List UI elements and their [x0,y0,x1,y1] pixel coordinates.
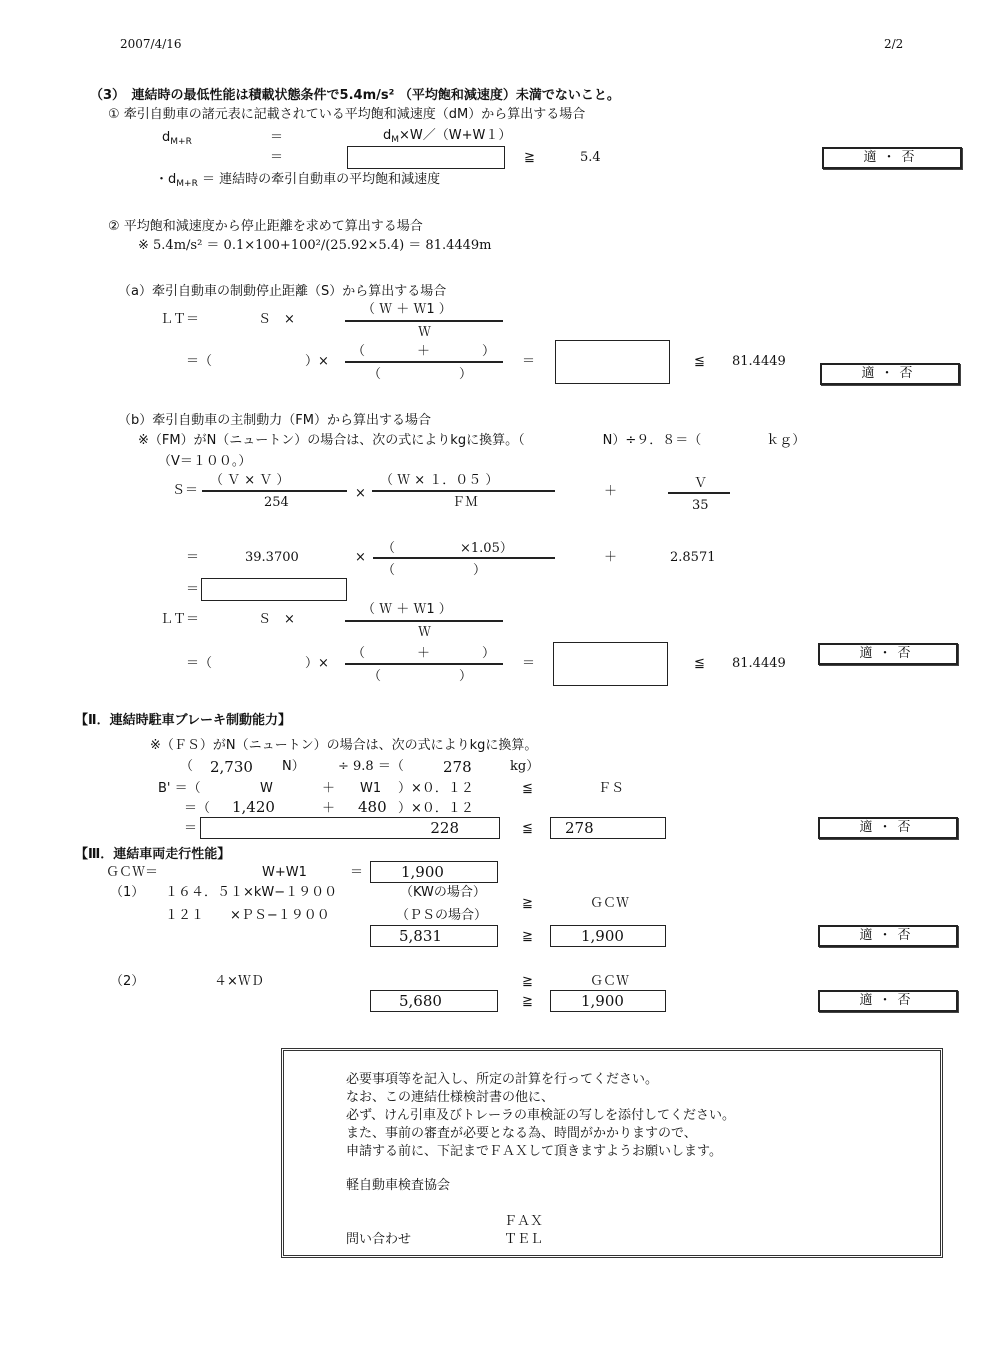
equals-sign: ＝ [270,151,283,164]
constant-value: 39.3700 [245,551,299,564]
w1-value: 480 [358,800,387,815]
row2-open: ＝（ [184,802,210,815]
notice-line: また、事前の審査が必要となる為、時間がかかりますので、 [346,1127,697,1140]
plus-sign: ＋ [604,485,617,498]
fraction-numerator: （ ＋ ） [352,647,495,660]
fraction-numerator: Ｖ [694,477,707,490]
case2-note: ※ 5.4m/s² ＝ 0.1×100+100²/(25.92×5.4) ＝ 8… [138,239,492,252]
fraction-bar [668,492,730,494]
le-sign: ≦ [522,782,533,795]
wd-formula: ４×ＷＤ [214,975,264,988]
equals-sign: ＝ [350,866,363,879]
case-b-note: ※（FM）がN（ニュートン）の場合は、次の式によりkgに換算。（ N）÷９．８＝… [138,434,805,447]
fax-label: ＦＡＸ [504,1215,543,1228]
gcw-label: ＧＣＷ＝ [106,866,158,879]
fraction-numerator: （ Ｗ ＋ Ｗ1 ） [362,303,452,316]
gcw-label: ＧＣＷ [590,975,629,988]
equals-sign: ＝ [522,355,535,368]
plus-sign: ＋ [604,551,617,564]
fraction-denominator: 254 [264,496,289,509]
fraction-numerator: （ Ｖ × Ｖ ） [210,474,289,487]
fraction-denominator: （ ） [368,368,472,381]
s-eq: Ｓ＝ [172,484,198,497]
conv-divide: ÷ 9.8 ＝（ [338,760,404,773]
ps-formula: １２１ ×ＰＳ−１９００ [165,909,330,922]
fraction-bar [345,361,503,363]
fraction-denominator: Ｗ [418,326,431,339]
equals-sign: ＝ [522,657,535,670]
case1-title: ① 牽引自動車の諸元表に記載されている平均飽和減速度（dM）から算出する場合 [108,108,585,121]
s-result-field[interactable] [201,578,347,601]
times-sign: × [355,487,366,500]
le-sign: ≦ [522,822,533,835]
dm-formula: dM×W／（W+W１） [383,129,511,145]
fraction-denominator: ＦＭ [452,496,478,509]
b-prime-result-field[interactable]: 228 [200,817,500,839]
eq-close: ）× [305,355,329,368]
threshold-value: 5.4 [580,151,601,164]
fraction-denominator: 35 [692,499,709,512]
fraction-denominator: Ｗ [418,626,431,639]
le-sign: ≦ [694,657,705,670]
eq-close: ）× [305,657,329,670]
equals-sign: ＝ [270,131,283,144]
w1-label: W1 [360,782,381,795]
conv-open: （ [180,760,193,773]
fs-result-field[interactable]: 278 [550,817,666,839]
fraction-numerator: （ ＋ ） [352,345,495,358]
coefficient: ）×０．１２ [398,782,474,795]
c2-value-field[interactable]: 5,680 [370,990,498,1012]
notice-line: 申請する前に、下記までＦＡＸして頂きますようお願いします。 [346,1145,722,1158]
fraction-bar [202,490,347,492]
case2-label: （2） [110,975,144,988]
threshold-value: 81.4449 [732,355,786,368]
kw-note: （KWの場合） [400,886,486,899]
equals-sign: ＝ [186,551,199,564]
case1-label: （1） [110,886,144,899]
fs-newton-value: 2,730 [210,760,253,775]
eq-open: ＝（ [186,657,212,670]
gcw-label: ＧＣＷ [590,897,629,910]
judge-pass-fail-5[interactable]: 適・否 [818,925,958,947]
fraction-denominator: （ ） [382,564,486,577]
notice-line: 必要事項等を記入し、所定の計算を行ってください。 [346,1073,658,1086]
fraction-bar [345,663,503,665]
fraction-bar [373,557,555,559]
lt-result-field-a[interactable] [555,340,670,384]
case-a-title: （a）牽引自動車の制動停止距離（S）から算出する場合 [118,285,446,298]
c2-gcw-field[interactable]: 1,900 [550,990,666,1012]
ge-sign: ≧ [524,151,535,164]
fraction-bar [372,490,555,492]
times-sign: × [355,551,366,564]
case-b-title: （b）牽引自動車の主制動力（FM）から算出する場合 [118,414,431,427]
notice-line: なお、この連結仕様検討書の他に、 [346,1091,554,1104]
s-times: Ｓ × [258,313,295,326]
kg-unit: kg） [510,760,539,773]
lt-label: ＬＴ＝ [160,613,199,626]
fraction-denominator: （ ） [368,670,472,683]
judge-pass-fail-3[interactable]: 適・否 [818,643,958,665]
dmr-result-field[interactable] [347,146,505,169]
s-times: Ｓ × [258,613,295,626]
eq-open: ＝（ [186,355,212,368]
lt-result-field-b[interactable] [553,642,668,686]
notice-box: 必要事項等を記入し、所定の計算を行ってください。 なお、この連結仕様検討書の他に… [281,1048,943,1258]
case2-title: ② 平均飽和減速度から停止距離を求めて算出する場合 [108,220,423,233]
le-sign: ≦ [694,355,705,368]
section3-title: （3） 連結時の最低性能は積載状態条件で5.4m/s² （平均飽和減速度）未満で… [90,89,620,102]
gcw-value-field[interactable]: 1,900 [370,861,498,883]
fraction-numerator: （ Ｗ ＋ Ｗ1 ） [362,603,452,616]
kw-formula: １６４．５１×kW−１９００ [165,886,337,899]
ge-sign: ≧ [522,897,533,910]
document-date: 2007/4/16 [120,38,182,50]
fs-label: ＦＳ [598,782,624,795]
gcw-formula: W+W1 [262,866,307,879]
judge-pass-fail-1[interactable]: 適・否 [822,147,962,169]
ge-sign: ≧ [522,930,533,943]
contact-label: 問い合わせ [346,1233,411,1246]
section2-note: ※（ＦＳ）がN（ニュートン）の場合は、次の式によりkgに換算。 [150,739,537,752]
coefficient: ）×０．１２ [398,802,474,815]
equals-sign: ＝ [184,822,197,835]
dmr-note: ・dM+R ＝ 連結時の牽引自動車の平均飽和減速度 [155,173,440,189]
judge-pass-fail-4[interactable]: 適・否 [818,817,958,839]
c1-gcw-field[interactable]: 1,900 [550,925,666,947]
fraction-numerator: （ ×1.05） [382,542,513,555]
judge-pass-fail-2[interactable]: 適・否 [820,363,960,385]
organization-name: 軽自動車検査協会 [346,1179,450,1192]
ge-sign: ≧ [522,975,533,988]
newton-unit: N） [282,760,305,773]
plus-sign: ＋ [322,782,335,795]
page-number: 2/2 [884,38,903,50]
dmr-label: dM+R [162,131,192,147]
judge-pass-fail-6[interactable]: 適・否 [818,990,958,1012]
lt-label: ＬＴ＝ [160,313,199,326]
fs-kg-value: 278 [443,760,472,775]
threshold-value: 81.4449 [732,657,786,670]
ps-note: （ＰＳの場合） [396,909,487,922]
fraction-bar [345,320,503,322]
fraction-numerator: （ Ｗ × １．０５ ） [380,474,498,487]
w-value: 1,420 [232,800,275,815]
equals-sign: ＝ [186,583,199,596]
case-b-speed: （V＝１００。） [158,455,251,468]
plus-sign: ＋ [322,802,335,815]
section2-title: 【Ⅱ．連結時駐車ブレーキ制動能力】 [75,714,291,727]
section3b-title: 【Ⅲ．連結車両走行性能】 [75,848,230,861]
ge-sign: ≧ [522,995,533,1008]
b-prime-label: B' ＝（ [158,782,201,795]
constant-value: 2.8571 [670,551,716,564]
notice-line: 必ず、けん引車及びトレーラの車検証の写しを添付してください。 [346,1109,735,1122]
w-label: W [260,782,273,795]
tel-label: ＴＥＬ [504,1233,543,1246]
fraction-bar [345,620,503,622]
c1-value-field[interactable]: 5,831 [370,925,498,947]
